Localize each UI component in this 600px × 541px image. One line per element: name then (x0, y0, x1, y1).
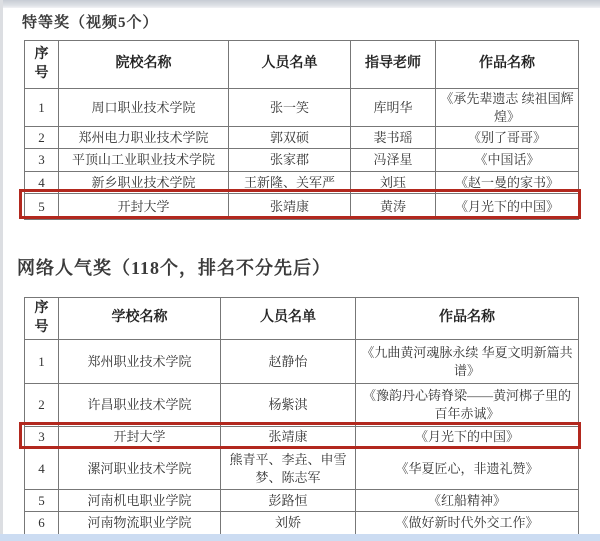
cell-members: 张靖康 (229, 194, 351, 220)
cell-school: 郑州电力职业技术学院 (59, 127, 229, 149)
cell-work: 《九曲黄河魂脉永续 华夏文明新篇共谱》 (356, 340, 579, 384)
cell-work: 《红船精神》 (356, 490, 579, 512)
table-row: 2 郑州电力职业技术学院 郭双硕 裴书瑶 《别了哥哥》 (25, 127, 579, 149)
cell-work: 《华夏匠心，非遗礼赞》 (356, 448, 579, 490)
cell-members: 杨紫淇 (221, 384, 356, 427)
cell-members: 王新隆、关军严 (229, 172, 351, 194)
cell-school: 开封大学 (59, 427, 221, 448)
cell-work: 《赵一曼的家书》 (436, 172, 579, 194)
cell-teacher: 冯泽星 (351, 149, 436, 172)
cell-work: 《承先辈遗志 续祖国辉煌》 (436, 89, 579, 127)
cell-seq: 2 (25, 127, 59, 149)
cell-teacher: 刘珏 (351, 172, 436, 194)
table-row: 2 许昌职业技术学院 杨紫淇 《豫韵丹心铸脊梁——黄河梆子里的百年赤诚》 (25, 384, 579, 427)
table-row: 5 河南机电职业学院 彭路恒 《红船精神》 (25, 490, 579, 512)
column-header-seq: 序号 (25, 298, 59, 340)
cell-members: 张家郡 (229, 149, 351, 172)
table-row-highlighted: 5 开封大学 张靖康 黄涛 《月光下的中国》 (25, 194, 579, 220)
section2-title: 网络人气奖（118个，排名不分先后） (17, 254, 331, 280)
cell-members: 赵静怡 (221, 340, 356, 384)
table-row: 4 新乡职业技术学院 王新隆、关军严 刘珏 《赵一曼的家书》 (25, 172, 579, 194)
table-row: 6 河南物流职业学院 刘娇 《做好新时代外交工作》 (25, 512, 579, 535)
cell-seq: 1 (25, 340, 59, 384)
cell-work: 《中国话》 (436, 149, 579, 172)
cell-seq: 5 (25, 490, 59, 512)
column-header-teacher: 指导老师 (351, 41, 436, 89)
cell-school: 河南机电职业学院 (59, 490, 221, 512)
cell-school: 周口职业技术学院 (59, 89, 229, 127)
cell-members: 彭路恒 (221, 490, 356, 512)
column-header-work: 作品名称 (436, 41, 579, 89)
cell-seq: 6 (25, 512, 59, 535)
cell-work: 《做好新时代外交工作》 (356, 512, 579, 535)
cell-school: 开封大学 (59, 194, 229, 220)
bottom-edge-bar (0, 534, 600, 541)
cell-seq: 5 (25, 194, 59, 220)
cell-school: 河南物流职业学院 (59, 512, 221, 535)
column-header-school: 学校名称 (59, 298, 221, 340)
cell-seq: 1 (25, 89, 59, 127)
cell-seq: 3 (25, 149, 59, 172)
cell-work: 《月光下的中国》 (436, 194, 579, 220)
section1-title: 特等奖（视频5个） (22, 11, 159, 32)
popularity-award-table: 序号 学校名称 人员名单 作品名称 1 郑州职业技术学院 赵静怡 《九曲黄河魂脉… (24, 297, 579, 535)
cell-school: 新乡职业技术学院 (59, 172, 229, 194)
cell-seq: 2 (25, 384, 59, 427)
cell-teacher: 库明华 (351, 89, 436, 127)
column-header-school: 院校名称 (59, 41, 229, 89)
cell-work: 《豫韵丹心铸脊梁——黄河梆子里的百年赤诚》 (356, 384, 579, 427)
table-row: 1 郑州职业技术学院 赵静怡 《九曲黄河魂脉永续 华夏文明新篇共谱》 (25, 340, 579, 384)
column-header-work: 作品名称 (356, 298, 579, 340)
cell-school: 漯河职业技术学院 (59, 448, 221, 490)
cell-school: 郑州职业技术学院 (59, 340, 221, 384)
table-header-row: 序号 院校名称 人员名单 指导老师 作品名称 (25, 41, 579, 89)
table-row: 1 周口职业技术学院 张一笑 库明华 《承先辈遗志 续祖国辉煌》 (25, 89, 579, 127)
table-row: 3 平顶山工业职业技术学院 张家郡 冯泽星 《中国话》 (25, 149, 579, 172)
cell-school: 许昌职业技术学院 (59, 384, 221, 427)
cell-members: 熊青平、李垚、申雪梦、陈志军 (221, 448, 356, 490)
special-prize-table: 序号 院校名称 人员名单 指导老师 作品名称 1 周口职业技术学院 张一笑 库明… (24, 40, 579, 220)
column-header-members: 人员名单 (221, 298, 356, 340)
cell-members: 张靖康 (221, 427, 356, 448)
left-edge-bar (0, 0, 3, 541)
column-header-members: 人员名单 (229, 41, 351, 89)
cell-members: 郭双硕 (229, 127, 351, 149)
table-row-highlighted: 3 开封大学 张靖康 《月光下的中国》 (25, 427, 579, 448)
cell-teacher: 黄涛 (351, 194, 436, 220)
cell-work: 《别了哥哥》 (436, 127, 579, 149)
cell-members: 刘娇 (221, 512, 356, 535)
cell-teacher: 裴书瑶 (351, 127, 436, 149)
cell-members: 张一笑 (229, 89, 351, 127)
cell-seq: 3 (25, 427, 59, 448)
table-row: 4 漯河职业技术学院 熊青平、李垚、申雪梦、陈志军 《华夏匠心，非遗礼赞》 (25, 448, 579, 490)
cell-seq: 4 (25, 448, 59, 490)
top-edge-bar (0, 0, 600, 8)
cell-seq: 4 (25, 172, 59, 194)
cell-work: 《月光下的中国》 (356, 427, 579, 448)
column-header-seq: 序号 (25, 41, 59, 89)
cell-school: 平顶山工业职业技术学院 (59, 149, 229, 172)
table-header-row: 序号 学校名称 人员名单 作品名称 (25, 298, 579, 340)
